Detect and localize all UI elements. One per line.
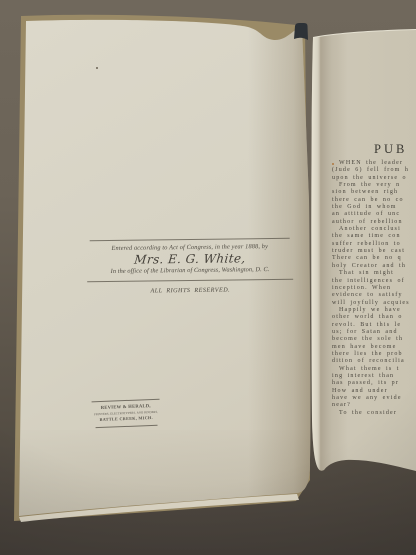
text-line: sion between righ: [332, 189, 416, 196]
text-line: will joyfully acquies: [332, 300, 416, 307]
text-line: author of rebellion: [332, 219, 416, 226]
text-line: become the sole th: [332, 336, 416, 343]
paper-speck: [332, 163, 334, 165]
text-line: suffer rebellion to: [332, 241, 416, 248]
text-line: have we any evide: [332, 395, 416, 402]
rule-below-copyright: [87, 279, 293, 283]
text-line: Another conclusi: [332, 226, 416, 233]
text-line: truder must be cast: [332, 248, 416, 255]
text-line: us; for Satan and: [332, 329, 416, 336]
text-line: From the very n: [332, 182, 416, 189]
text-line: has passed, its pr: [332, 380, 416, 387]
text-line: holy Creator and th: [332, 263, 416, 270]
right-page-column: PUB WHEN the leader(Jude 6) fell from hu…: [318, 0, 416, 555]
author-signature: Mrs. E. G. White,: [86, 252, 293, 268]
paper-speck: [96, 67, 98, 69]
text-line: What theme is t: [332, 366, 416, 373]
right-page-text: WHEN the leader(Jude 6) fell from hupon …: [332, 160, 416, 417]
text-line: ing interest than: [332, 373, 416, 380]
text-line: There can be no q: [332, 255, 416, 262]
text-line: there can be no co: [332, 197, 416, 204]
rule-above-copyright: [90, 238, 290, 241]
text-line: the same time con: [332, 233, 416, 240]
text-line: How and under: [332, 388, 416, 395]
text-line: other world than o: [332, 314, 416, 321]
text-line: upon the universe o: [332, 175, 416, 182]
text-line: men have become: [332, 344, 416, 351]
publisher-imprint: REVIEW & HERALD, PRINTERS, ELECTROTYPERS…: [85, 396, 166, 428]
text-line: revolt. But this le: [332, 322, 416, 329]
text-line: To the consider: [332, 410, 416, 417]
photo-of-open-book: Entered according to Act of Congress, in…: [0, 0, 416, 555]
preface-heading: PUB: [374, 142, 407, 157]
text-line: the intelligences of: [332, 278, 416, 285]
imprint-rule-top: [92, 399, 160, 403]
text-line: That sin might: [332, 270, 416, 277]
copyright-block: Entered according to Act of Congress, in…: [87, 235, 294, 297]
text-line: evidence to satisfy: [332, 292, 416, 299]
text-line: dition of reconcilia: [332, 358, 416, 365]
bookmark-ribbon: [294, 23, 308, 40]
text-line: near?: [332, 402, 416, 409]
text-line: (Jude 6) fell from h: [332, 167, 416, 174]
text-line: Happily we have: [332, 307, 416, 314]
text-line: an attitude of unc: [332, 211, 416, 218]
copyright-office-line: In the office of the Librarian of Congre…: [87, 266, 293, 277]
